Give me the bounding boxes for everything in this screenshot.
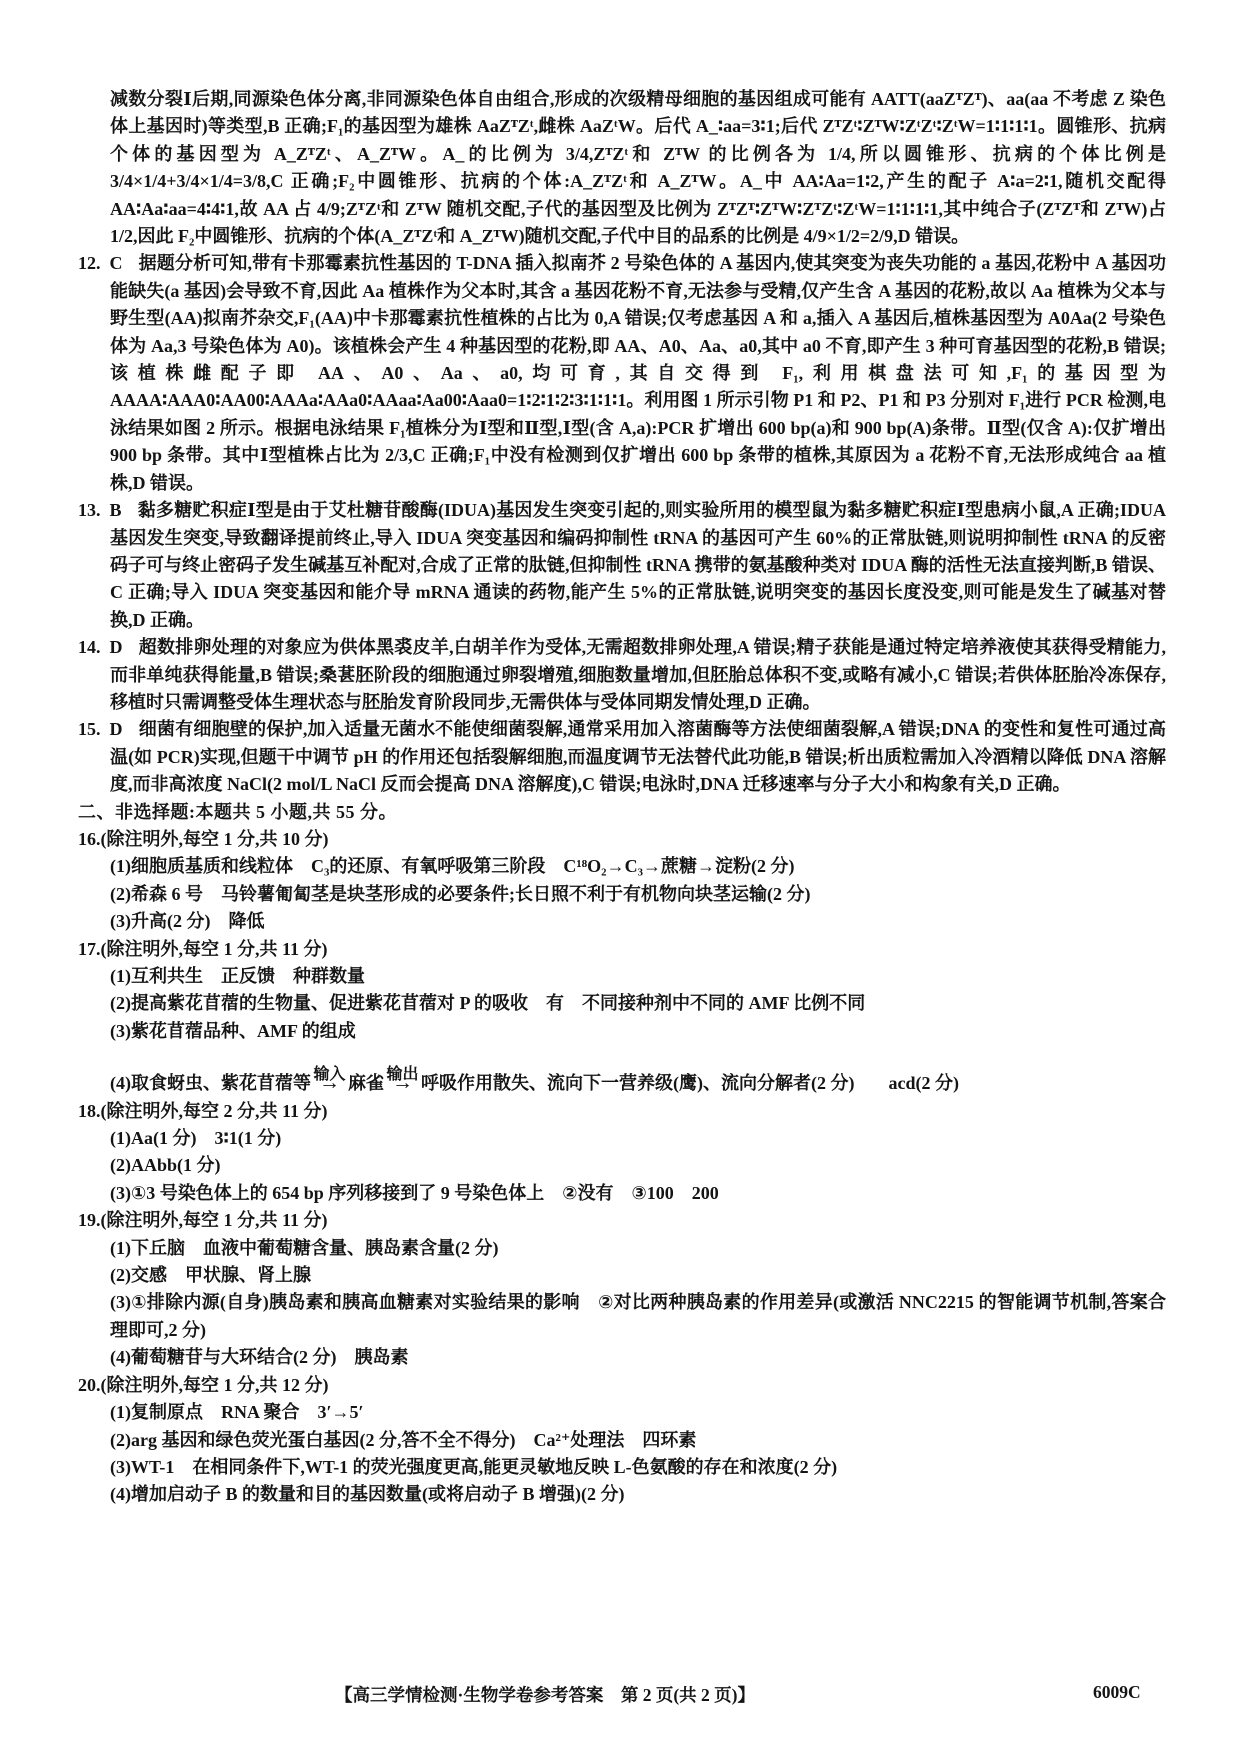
answer-19-4: (4)葡萄糖苷与大环结合(2 分) 胰岛素 xyxy=(78,1344,1166,1371)
output-label: 输出 xyxy=(386,1067,418,1083)
answer-17-1: (1)互利共生 正反馈 种群数量 xyxy=(78,963,1166,990)
answer-20-3: (3)WT-1 在相同条件下,WT-1 的荧光强度更高,能更灵敏地反映 L-色氨… xyxy=(78,1454,1166,1481)
flow-output-text: 呼吸作用散失、流向下一营养级(鹰)、流向分解者(2 分) xyxy=(421,1073,854,1093)
explanation-text: 超数排卵处理的对象应为供体黑裘皮羊,白胡羊作为受体,无需超数排卵处理,A 错误;… xyxy=(110,637,1166,712)
question-number: 18. xyxy=(78,1101,101,1121)
question-number: 13. xyxy=(78,500,101,520)
correct-option: C xyxy=(110,253,123,273)
free-response-19-header: 19.(除注明外,每空 1 分,共 11 分) xyxy=(78,1207,1166,1234)
explanation-text: 黏多糖贮积症Ⅰ型是由于艾杜糖苷酸酶(IDUA)基因发生突变引起的,则实验所用的模… xyxy=(110,500,1166,630)
choice-answer-14: 14.D超数排卵处理的对象应为供体黑裘皮羊,白胡羊作为受体,无需超数排卵处理,A… xyxy=(78,634,1166,716)
scoring-note: (除注明外,每空 1 分,共 10 分) xyxy=(101,829,329,849)
answer-19-2: (2)交感 甲状腺、肾上腺 xyxy=(78,1262,1166,1289)
question-number: 16. xyxy=(78,829,101,849)
answer-20-2: (2)arg 基因和绿色荧光蛋白基因(2 分,答不全不得分) Ca²⁺处理法 四… xyxy=(78,1427,1166,1454)
footer-title: 【高三学情检测·生物学卷参考答案 第 2 页(共 2 页)】 xyxy=(335,1682,755,1707)
explanation-text: 据题分析可知,带有卡那霉素抗性基因的 T-DNA 插入拟南芥 2 号染色体的 A… xyxy=(110,253,1166,492)
answer-20-1: (1)复制原点 RNA 聚合 3′→5′ xyxy=(78,1399,1166,1426)
output-arrow: 输出→ xyxy=(392,1069,413,1097)
answer-17-4-energy-flow-diagram: (4)取食蚜虫、紫花苜蓿等输入→麻雀输出→呼吸作用散失、流向下一营养级(鹰)、流… xyxy=(78,1069,1166,1097)
choice-answer-13: 13.B黏多糖贮积症Ⅰ型是由于艾杜糖苷酸酶(IDUA)基因发生突变引起的,则实验… xyxy=(78,497,1166,634)
answer-16-3: (3)升高(2 分) 降低 xyxy=(78,908,1166,935)
choice-answer-12: 12.C据题分析可知,带有卡那霉素抗性基因的 T-DNA 插入拟南芥 2 号染色… xyxy=(78,250,1166,497)
choice-answer-15: 15.D细菌有细胞壁的保护,加入适量无菌水不能使细菌裂解,通常采用加入溶菌酶等方… xyxy=(78,716,1166,798)
answer-17-2: (2)提高紫花苜蓿的生物量、促进紫花苜蓿对 P 的吸收 有 不同接种剂中不同的 … xyxy=(78,990,1166,1017)
answer-19-3: (3)①排除内源(自身)胰岛素和胰高血糖素对实验结果的影响 ②对比两种胰岛素的作… xyxy=(78,1289,1166,1344)
correct-option: D xyxy=(110,719,123,739)
question-number: 19. xyxy=(78,1210,101,1230)
input-arrow: 输入→ xyxy=(319,1069,340,1097)
correct-option: B xyxy=(110,500,122,520)
input-label: 输入 xyxy=(313,1067,345,1083)
free-response-18-header: 18.(除注明外,每空 2 分,共 11 分) xyxy=(78,1098,1166,1125)
answer-17-3: (3)紫花苜蓿品种、AMF 的组成 xyxy=(78,1018,1166,1045)
answer-sheet-page: 减数分裂Ⅰ后期,同源染色体分离,非同源染色体自由组合,形成的次级精母细胞的基因组… xyxy=(0,0,1241,1754)
flow-source-text: (4)取食蚜虫、紫花苜蓿等 xyxy=(110,1073,311,1093)
answer-17-4-extra: acd(2 分) xyxy=(888,1073,959,1093)
answer-18-2: (2)AAbb(1 分) xyxy=(78,1152,1166,1179)
paper-code: 6009C xyxy=(1093,1682,1141,1703)
answer-19-1: (1)下丘脑 血液中葡萄糖含量、胰岛素含量(2 分) xyxy=(78,1235,1166,1262)
free-response-17-header: 17.(除注明外,每空 1 分,共 11 分) xyxy=(78,936,1166,963)
question-number: 12. xyxy=(78,253,101,273)
scoring-note: (除注明外,每空 2 分,共 11 分) xyxy=(101,1101,328,1121)
scoring-note: (除注明外,每空 1 分,共 11 分) xyxy=(101,939,328,959)
answer-20-4: (4)增加启动子 B 的数量和目的基因数量(或将启动子 B 增强)(2 分) xyxy=(78,1481,1166,1508)
answer-18-3: (3)①3 号染色体上的 654 bp 序列移接到了 9 号染色体上 ②没有 ③… xyxy=(78,1180,1166,1207)
answer-16-2: (2)希森 6 号 马铃薯匍匐茎是块茎形成的必要条件;长日照不利于有机物向块茎运… xyxy=(78,881,1166,908)
question-number: 15. xyxy=(78,719,101,739)
answer-16-1: (1)细胞质基质和线粒体 C₃的还原、有氧呼吸第三阶段 C¹⁸O₂→C₃→蔗糖→… xyxy=(78,853,1166,880)
answer-11-explanation-continued: 减数分裂Ⅰ后期,同源染色体分离,非同源染色体自由组合,形成的次级精母细胞的基因组… xyxy=(78,86,1166,250)
free-response-20-header: 20.(除注明外,每空 1 分,共 12 分) xyxy=(78,1372,1166,1399)
correct-option: D xyxy=(110,637,123,657)
free-response-16-header: 16.(除注明外,每空 1 分,共 10 分) xyxy=(78,826,1166,853)
explanation-text: 细菌有细胞壁的保护,加入适量无菌水不能使细菌裂解,通常采用加入溶菌酶等方法使细菌… xyxy=(110,719,1166,794)
flow-node-text: 麻雀 xyxy=(348,1073,384,1093)
question-number: 14. xyxy=(78,637,101,657)
question-number: 17. xyxy=(78,939,101,959)
page-footer: 【高三学情检测·生物学卷参考答案 第 2 页(共 2 页)】 6009C xyxy=(0,1682,1241,1712)
question-number: 20. xyxy=(78,1375,101,1395)
answer-18-1: (1)Aa(1 分) 3∶1(1 分) xyxy=(78,1125,1166,1152)
section-2-heading: 二、非选择题:本题共 5 小题,共 55 分。 xyxy=(78,799,1166,826)
answer-content: 减数分裂Ⅰ后期,同源染色体分离,非同源染色体自由组合,形成的次级精母细胞的基因组… xyxy=(78,86,1166,1509)
scoring-note: (除注明外,每空 1 分,共 11 分) xyxy=(101,1210,328,1230)
scoring-note: (除注明外,每空 1 分,共 12 分) xyxy=(101,1375,329,1395)
